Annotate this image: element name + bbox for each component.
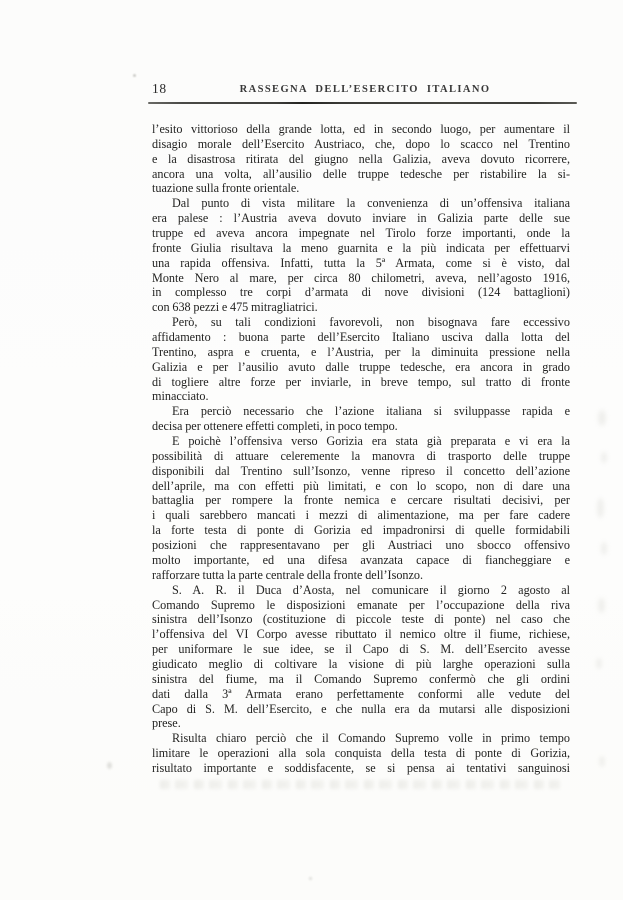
text-line: giudicato meglio di coltivare la visione… bbox=[152, 657, 570, 672]
scan-speck bbox=[133, 74, 136, 77]
text-line: posizioni che rappresentavano per gli Au… bbox=[152, 538, 570, 553]
text-line: limitare le operazioni alla sola conquis… bbox=[152, 746, 570, 761]
text-line: Galizia e per l’ausilio avuto dalle trup… bbox=[152, 360, 570, 375]
text-line: di togliere altre forze per inviarle, in… bbox=[152, 375, 570, 390]
text-line: E poichè l’offensiva verso Gorizia era s… bbox=[152, 434, 570, 449]
text-line: in complesso tre corpi d’armata di nove … bbox=[152, 285, 570, 300]
margin-smudge bbox=[596, 658, 602, 669]
text-line: per uniformare le sue idee, se il Capo d… bbox=[152, 642, 570, 657]
running-title: RASSEGNA DELL’ESERCITO ITALIANO bbox=[155, 84, 575, 95]
text-line: Capo di S. M. dell’Esercito, e che nulla… bbox=[152, 702, 570, 717]
text-line: sinistra del fiume, ma il Comando Suprem… bbox=[152, 672, 570, 687]
text-line: dati dalla 3ª Armata erano perfettamente… bbox=[152, 687, 570, 702]
text-line: tuazione sulla fronte orientale. bbox=[152, 181, 570, 196]
text-line: sinistra dell’Isonzo (costituzione di pi… bbox=[152, 612, 570, 627]
text-line: dell’aprile, ma con effetti più limitati… bbox=[152, 479, 570, 494]
text-line: Monte Nero al mare, per circa 80 chilome… bbox=[152, 271, 570, 286]
text-line: ancora una volta, all’ausilio delle trup… bbox=[152, 167, 570, 182]
text-line: battaglia per rompere la fronte nemica e… bbox=[152, 493, 570, 508]
scan-speck bbox=[309, 877, 312, 880]
text-line: risultato importante e soddisfacente, se… bbox=[152, 761, 570, 776]
text-line: e la disastrosa ritirata del giugno nell… bbox=[152, 152, 570, 167]
scan-speck bbox=[107, 762, 112, 769]
text-line: minacciato. bbox=[152, 389, 570, 404]
margin-smudge bbox=[598, 410, 606, 426]
text-line: decisa per ottenere effetti completi, in… bbox=[152, 419, 570, 434]
text-line: una rapida offensiva. Infatti, tutta la … bbox=[152, 256, 570, 271]
text-line: molto importante, ed una difesa avanzata… bbox=[152, 553, 570, 568]
text-line: possibilità di attuare celeremente la ma… bbox=[152, 449, 570, 464]
text-line: Comando Supremo le disposizioni emanate … bbox=[152, 598, 570, 613]
text-line: affidamento : buona parte dell’Esercito … bbox=[152, 330, 570, 345]
book-page: 18 RASSEGNA DELL’ESERCITO ITALIANO l’esi… bbox=[0, 0, 623, 900]
text-line: era palese : l’Austria aveva dovuto invi… bbox=[152, 211, 570, 226]
text-line: Era perciò necessario che l’azione itali… bbox=[152, 404, 570, 419]
text-line: con 638 pezzi e 475 mitragliatrici. bbox=[152, 300, 570, 315]
text-line: truppe ed aveva ancora impegnate nel Tir… bbox=[152, 226, 570, 241]
text-line: la forte testa di ponte di Gorizia ed im… bbox=[152, 523, 570, 538]
text-line: i quali sarebbero mancati i mezzi di ali… bbox=[152, 508, 570, 523]
bleedthrough-text-ghost bbox=[160, 780, 560, 789]
text-line: Risulta chiaro perciò che il Comando Sup… bbox=[152, 731, 570, 746]
text-line: prese. bbox=[152, 716, 570, 731]
text-line: S. A. R. il Duca d’Aosta, nel comunicare… bbox=[152, 583, 570, 598]
margin-smudge bbox=[601, 542, 607, 555]
margin-smudge bbox=[598, 598, 605, 613]
text-line: disponibili dal Trentino sull’Isonzo, ve… bbox=[152, 464, 570, 479]
margin-smudge bbox=[599, 756, 605, 767]
margin-smudge bbox=[601, 452, 607, 463]
text-line: disagio morale dell’Esercito Austriaco, … bbox=[152, 137, 570, 152]
text-line: l’offensiva del VI Corpo avesse ributtat… bbox=[152, 627, 570, 642]
text-line: l’esito vittorioso della grande lotta, e… bbox=[152, 122, 570, 137]
text-line: fronte Giulia risultava la meno guarnita… bbox=[152, 241, 570, 256]
text-line: Trentino, aspra e cruenta, e l’Austria, … bbox=[152, 345, 570, 360]
text-line: rafforzare tutta la parte centrale della… bbox=[152, 568, 570, 583]
header-rule bbox=[148, 102, 577, 104]
page-body: l’esito vittorioso della grande lotta, e… bbox=[152, 122, 570, 776]
text-line: Dal punto di vista militare la convenien… bbox=[152, 196, 570, 211]
text-line: Però, su tali condizioni favorevoli, non… bbox=[152, 315, 570, 330]
margin-smudge bbox=[597, 498, 604, 518]
